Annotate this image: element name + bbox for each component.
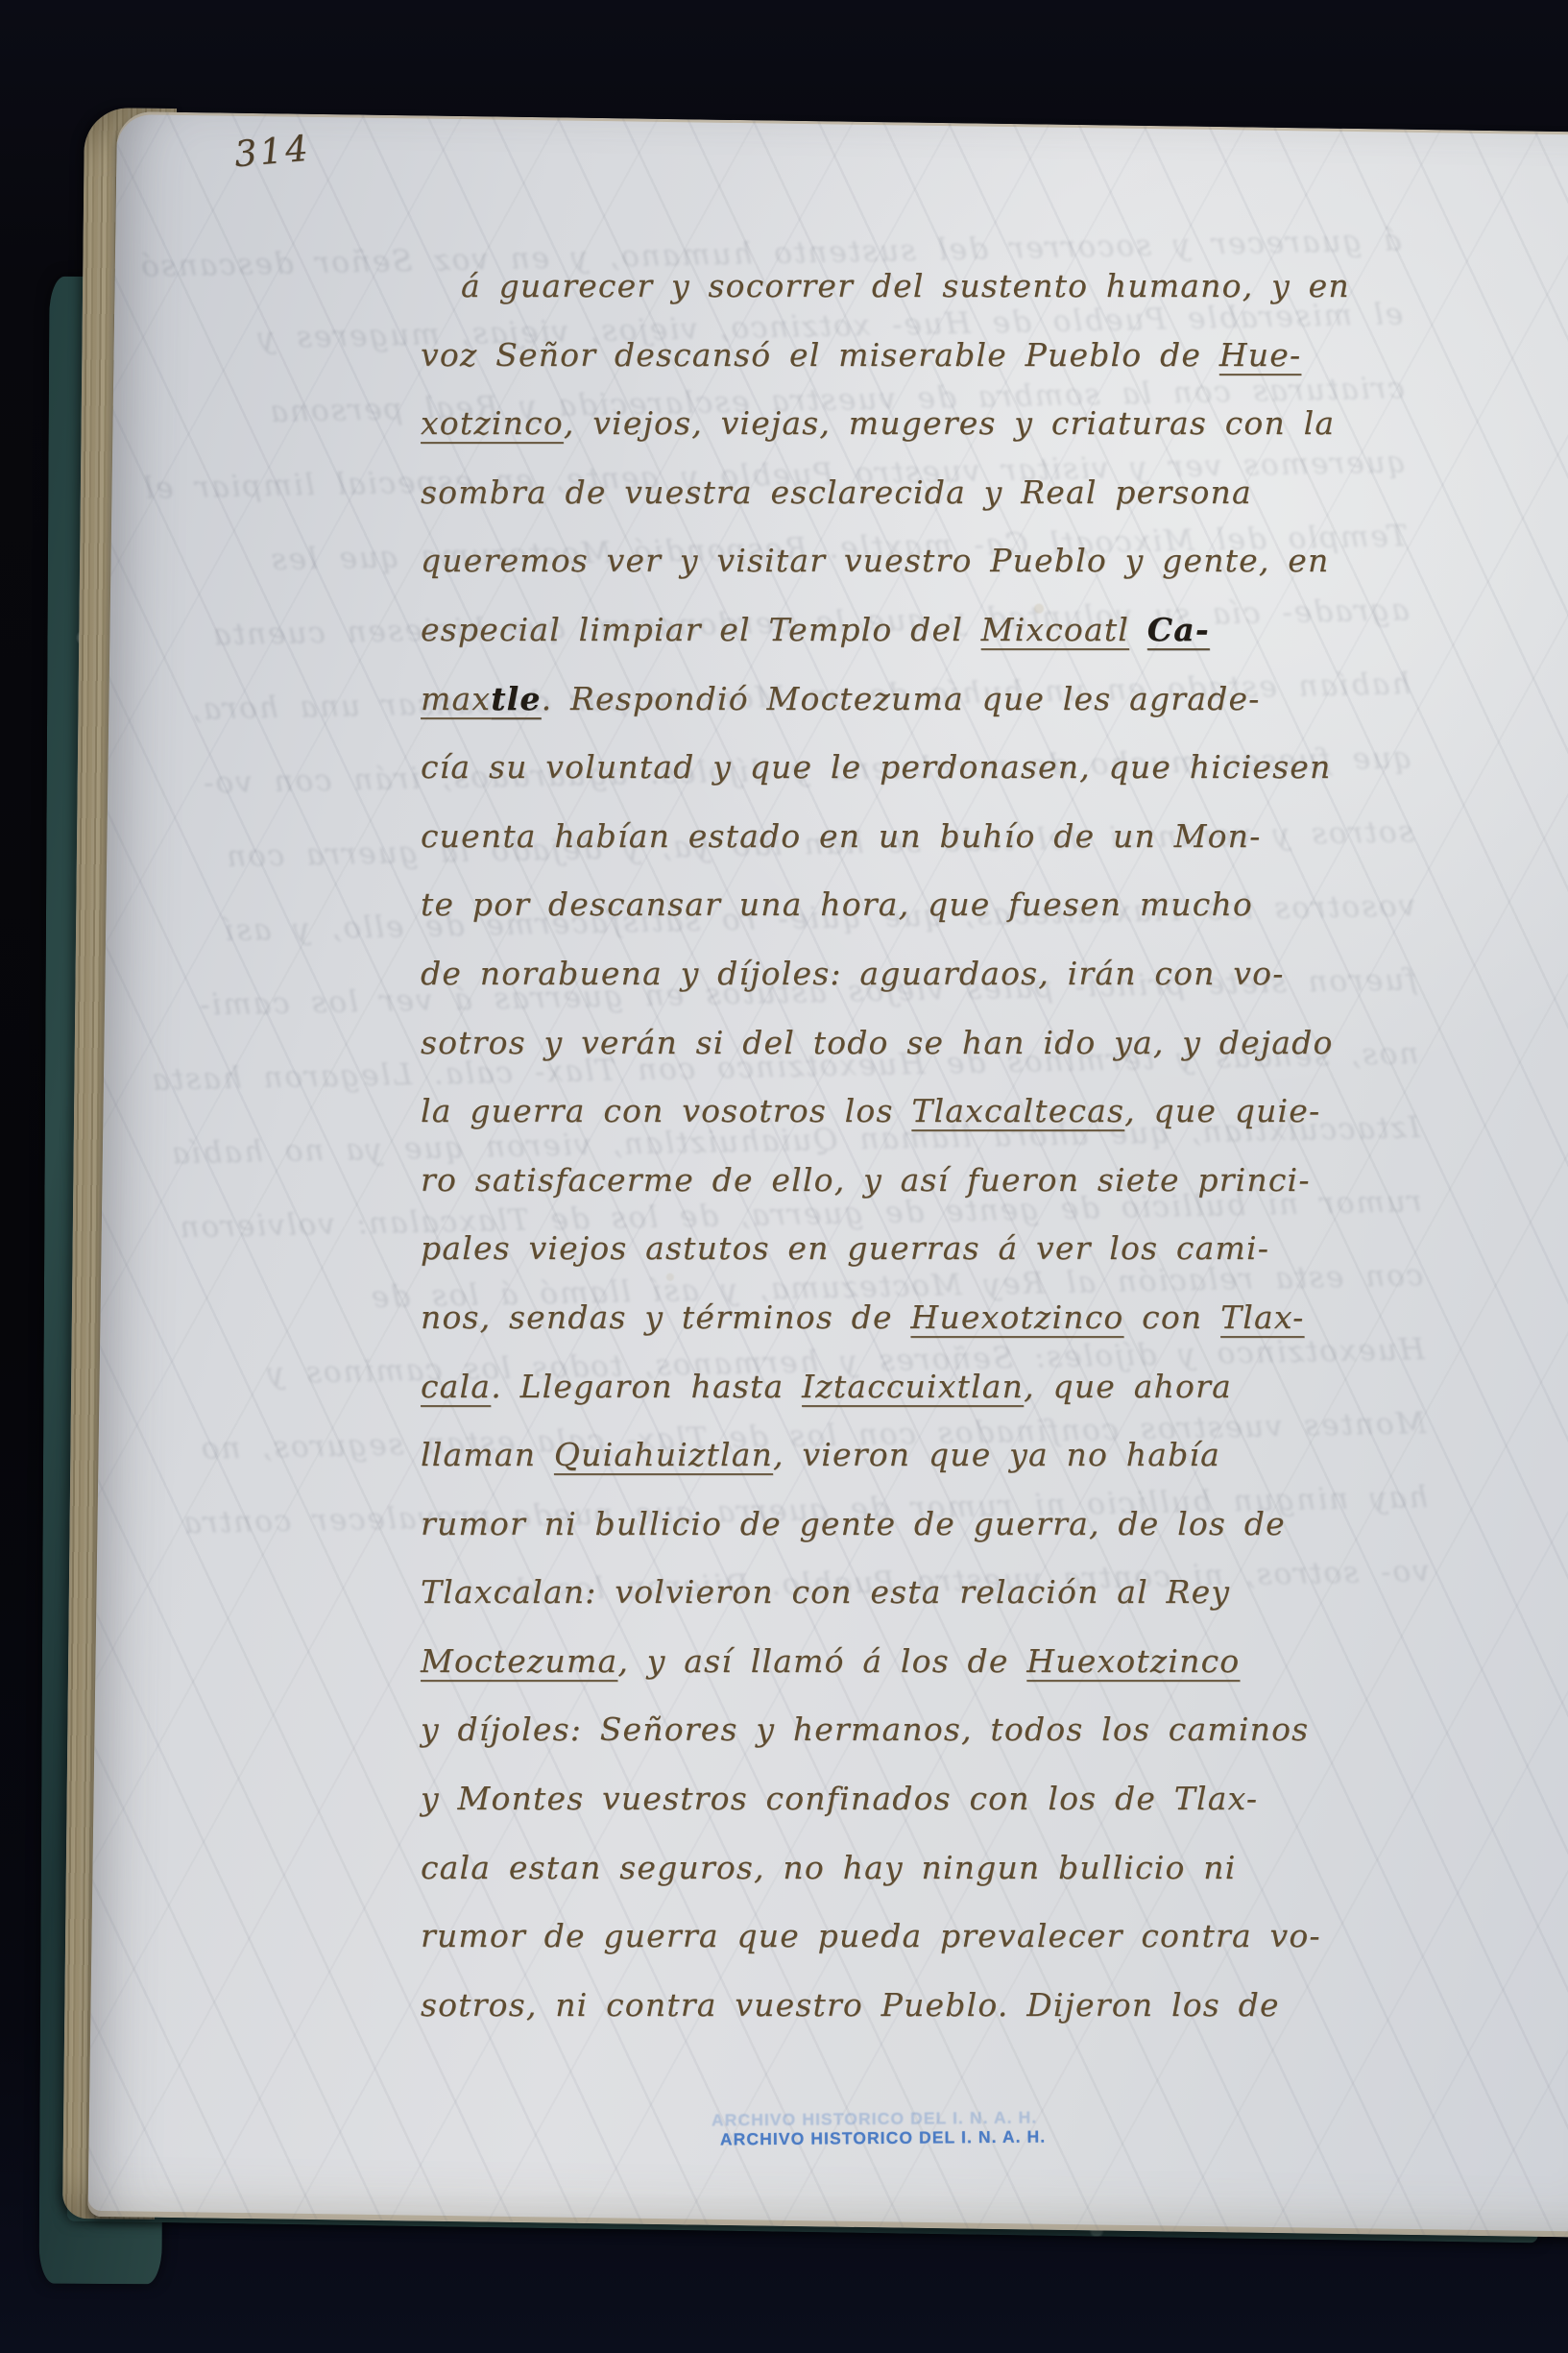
text-segment: . Respondió Moctezuma que les agrade- [542,680,1261,717]
manuscript-line-17: cala. Llegaron hasta Iztaccuixtlan, que … [421,1352,1491,1421]
text-segment: Huexotzinco [1026,1642,1240,1680]
text-segment: xotzinco [421,404,564,442]
text-segment: max [421,680,491,717]
text-segment: , que quie- [1124,1092,1320,1129]
text-segment: rumor de guerra que pueda prevalecer con… [421,1917,1321,1954]
manuscript-line-20: Tlaxcalan: volvieron con esta relación a… [421,1558,1491,1627]
text-segment: Tlax- [1220,1298,1304,1336]
text-segment: rumor ni bullicio de gente de guerra, de… [421,1505,1286,1542]
manuscript-line-25: rumor de guerra que pueda prevalecer con… [421,1902,1491,1971]
text-segment: , y así llamó á los de [617,1642,1026,1680]
manuscript-line-5: queremos ver y visitar vuestro Pueblo y … [421,526,1491,595]
text-segment: voz Señor descansó el miserable Pueblo d… [421,336,1219,374]
text-segment: . Llegaron hasta [491,1368,802,1405]
text-segment: queremos ver y visitar vuestro Pueblo y … [421,542,1329,579]
manuscript-line-26: sotros, ni contra vuestro Pueblo. Dijero… [421,1971,1491,2040]
manuscript-line-9: cuenta habían estado en un buhío de un M… [421,802,1491,871]
text-segment: Ca- [1147,611,1210,648]
text-segment: tle [491,680,541,717]
text-segment: te por descansar una hora, que fuesen mu… [421,885,1253,923]
manuscript-line-7: maxtle. Respondió Moctezuma que les agra… [421,665,1491,734]
text-segment: sotros y verán si del todo se han ido ya… [421,1024,1334,1061]
text-segment: cala estan seguros, no hay ningun bullic… [421,1849,1237,1886]
manuscript-line-2: voz Señor descansó el miserable Pueblo d… [421,321,1491,390]
text-segment: á guarecer y socorrer del sustento human… [461,267,1350,304]
text-segment: cía su voluntad y que le perdonasen, que… [421,748,1331,786]
manuscript-line-13: la guerra con vosotros los Tlaxcaltecas,… [421,1077,1491,1146]
text-segment: ro satisfacerme de ello, y así fueron si… [421,1161,1311,1199]
manuscript-line-24: cala estan seguros, no hay ningun bullic… [421,1833,1491,1903]
manuscript-line-3: xotzinco, viejos, viejas, mugeres y cria… [421,389,1491,458]
text-segment: Iztaccuixtlan [802,1368,1024,1405]
manuscript-text-block: á guarecer y socorrer del sustento human… [421,252,1491,2039]
manuscript-line-16: nos, sendas y términos de Huexotzinco co… [421,1283,1491,1352]
text-segment: cuenta habían estado en un buhío de un M… [421,817,1261,855]
manuscript-line-23: y Montes vuestros confinados con los de … [421,1764,1491,1833]
text-segment: cala [421,1368,491,1405]
text-segment: Huexotzinco [910,1298,1123,1336]
manuscript-line-18: llaman Quiahuiztlan, vieron que ya no ha… [421,1420,1491,1490]
text-segment: Tlaxcaltecas [911,1092,1124,1129]
text-segment: especial limpiar el Templo del [421,611,981,648]
manuscript-line-11: de norabuena y díjoles: aguardaos, irán … [421,939,1491,1008]
text-segment: Quiahuiztlan [554,1436,773,1473]
manuscript-line-22: y díjoles: Señores y hermanos, todos los… [421,1695,1491,1764]
text-segment: , viejos, viejas, mugeres y criaturas co… [564,404,1335,442]
manuscript-line-8: cía su voluntad y que le perdonasen, que… [421,733,1491,802]
text-segment [1129,611,1147,648]
manuscript-line-1: á guarecer y socorrer del sustento human… [421,252,1491,321]
text-segment: de norabuena y díjoles: aguardaos, irán … [421,955,1285,992]
photograph-of-manuscript: á guarecer y socorrer del sustento human… [0,0,1568,2353]
text-segment: Tlaxcalan: volvieron con esta relación a… [421,1573,1230,1611]
text-segment: y díjoles: Señores y hermanos, todos los… [421,1710,1309,1748]
text-segment: y Montes vuestros confinados con los de … [421,1780,1258,1817]
archive-stamp: ARCHIVO HISTORICO DEL I. N. A. H. [720,2127,1047,2150]
manuscript-line-6: especial limpiar el Templo del Mixcoatl … [421,595,1491,665]
text-segment: nos, sendas y términos de [421,1298,910,1336]
folio-number: 314 [232,128,312,176]
text-segment: la guerra con vosotros los [421,1092,911,1129]
manuscript-line-15: pales viejos astutos en guerras á ver lo… [421,1214,1491,1283]
manuscript-line-14: ro satisfacerme de ello, y así fueron si… [421,1146,1491,1215]
text-segment: Hue- [1219,336,1302,374]
text-segment: pales viejos astutos en guerras á ver lo… [421,1229,1269,1267]
manuscript-line-10: te por descansar una hora, que fuesen mu… [421,870,1491,939]
manuscript-line-4: sombra de vuestra esclarecida y Real per… [421,458,1491,527]
manuscript-line-21: Moctezuma, y así llamó á los de Huexotzi… [421,1627,1491,1696]
text-segment: , vieron que ya no había [773,1436,1220,1473]
text-segment: sombra de vuestra esclarecida y Real per… [421,473,1252,511]
text-segment: Moctezuma [421,1642,617,1680]
text-segment: , que ahora [1024,1368,1232,1405]
text-segment: con [1123,1298,1220,1336]
text-segment: sotros, ni contra vuestro Pueblo. Dijero… [421,1986,1280,2024]
manuscript-line-12: sotros y verán si del todo se han ido ya… [421,1008,1491,1078]
text-segment: Mixcoatl [981,611,1129,648]
manuscript-line-19: rumor ni bullicio de gente de guerra, de… [421,1490,1491,1559]
text-segment: llaman [421,1436,554,1473]
